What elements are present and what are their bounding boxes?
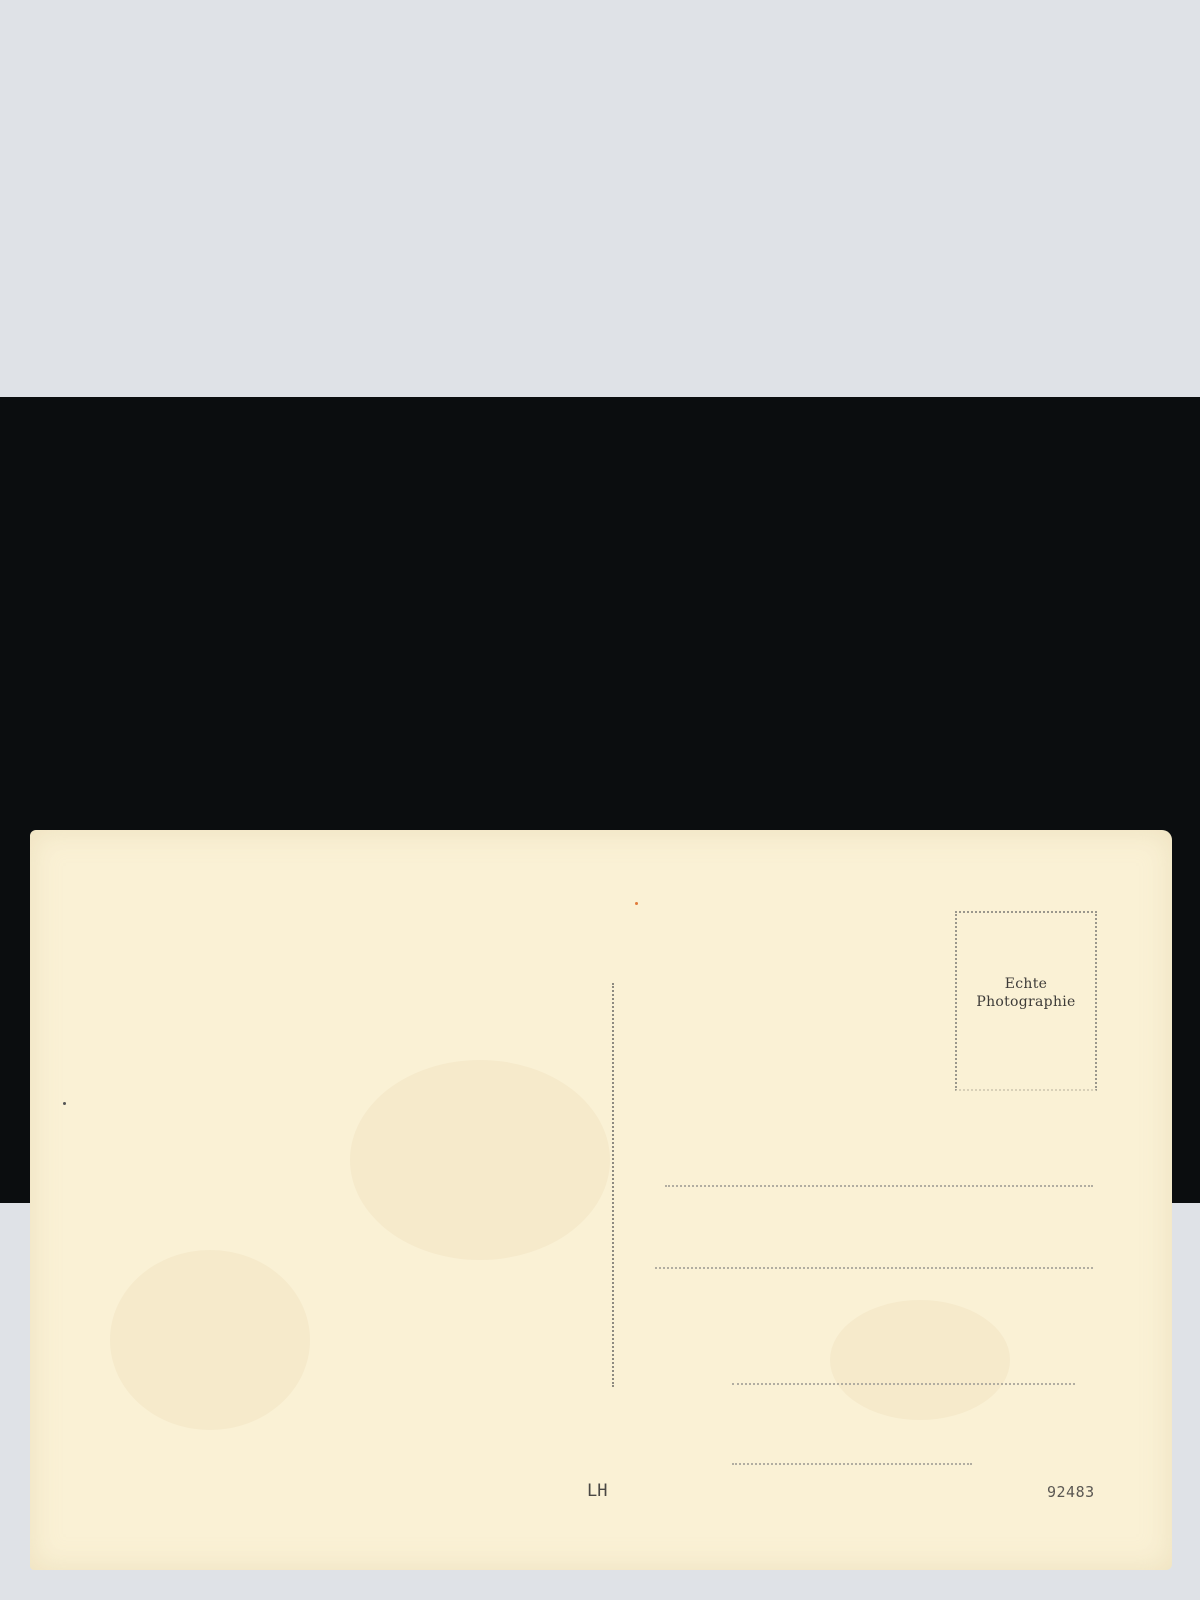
address-line-4 [732, 1463, 972, 1465]
stamp-line-2: Photographie [957, 993, 1095, 1011]
dotted-divider [612, 983, 614, 1387]
postcard-back: Echte Photographie LH 92483 [30, 830, 1172, 1570]
paper-stain [830, 1300, 1010, 1420]
serial-number: 92483 [1047, 1483, 1095, 1501]
paper-stain [110, 1250, 310, 1430]
stamp-text: Echte Photographie [957, 975, 1095, 1011]
address-line-1 [665, 1185, 1093, 1187]
scan-background: Echte Photographie LH 92483 [0, 397, 1200, 1203]
publisher-mark: LH [587, 1481, 607, 1501]
address-line-2 [655, 1267, 1093, 1269]
speck [635, 902, 638, 905]
paper-stain [350, 1060, 610, 1260]
stamp-line-1: Echte [957, 975, 1095, 993]
address-line-3 [732, 1383, 1075, 1385]
stamp-box: Echte Photographie [955, 911, 1097, 1091]
speck [63, 1102, 66, 1105]
